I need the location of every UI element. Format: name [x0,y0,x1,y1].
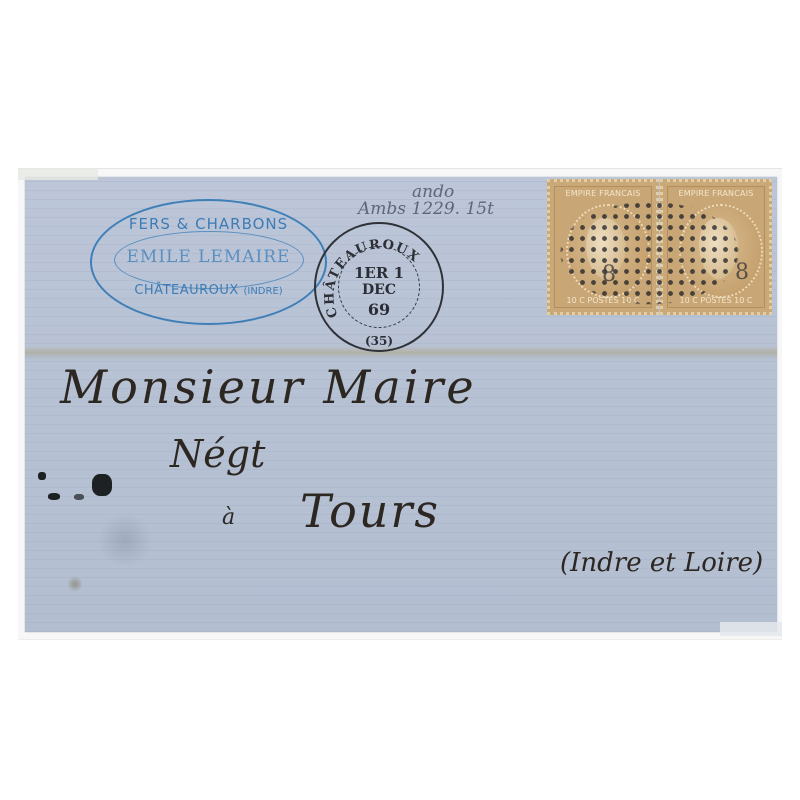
cancel-number-right: 8 [735,260,749,285]
date-stamp-month: DEC [316,282,442,298]
mount-corner-bottom-right [720,622,782,636]
date-stamp-year: 69 [316,300,442,319]
ink-blot [92,474,112,496]
pencil-note-2: Ambs 1229. 15t [358,199,494,219]
cancel-number-left: 8 [602,262,616,287]
stain [68,576,82,592]
date-stamp-day: 1ER 1 [316,264,442,282]
ink-blot [74,494,84,500]
date-stamp-day-value: 1 [394,264,404,282]
merchant-cachet: FERS & CHARBONS EMILE LEMAIRE CHÂTEAUROU… [90,199,327,325]
date-stamp-prefix: 1ER [354,264,388,282]
address-title: Négt [170,432,265,476]
cachet-town: CHÂTEAUROUX [134,283,239,298]
address-preposition: à [222,505,235,530]
ink-blot [38,472,46,480]
mount-corner-top-left [18,168,98,180]
stain [95,515,155,565]
date-stamp-department: (35) [316,334,442,348]
circular-date-stamp: CHÂTEAUROUX 1ER 1 DEC 69 (35) [314,222,444,352]
address-region: (Indre et Loire) [560,548,763,578]
cachet-line-2: EMILE LEMAIRE [92,247,325,267]
address-city: Tours [300,484,440,538]
cachet-dept: (INDRE) [243,286,282,297]
address-recipient: Monsieur Maire [60,360,477,414]
dotted-cancellation [522,178,777,328]
ink-blot [48,493,60,500]
cachet-line-3: CHÂTEAUROUX (INDRE) [92,283,325,298]
